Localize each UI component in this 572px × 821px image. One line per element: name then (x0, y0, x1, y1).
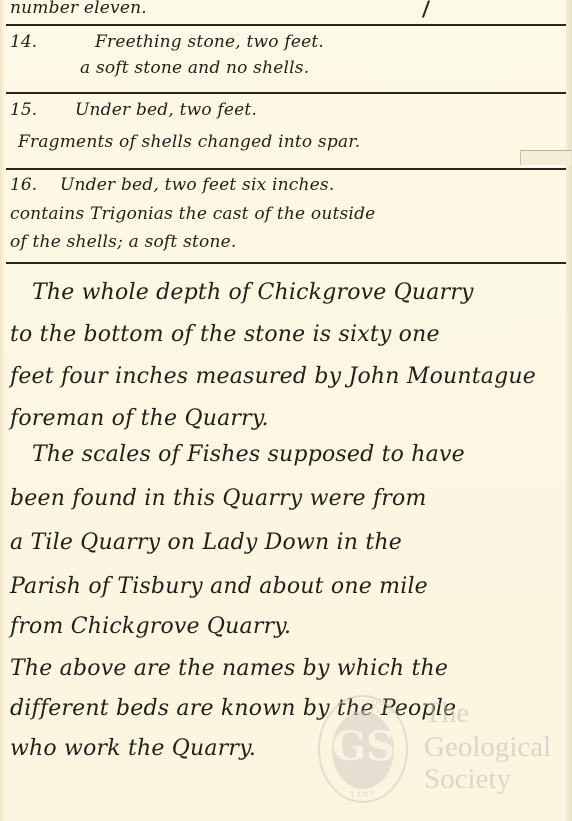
entry-line: of the shells; a soft stone. (10, 232, 236, 252)
paragraph-line: The above are the names by which the (10, 656, 448, 681)
paragraph-line: who work the Quarry. (10, 736, 256, 761)
entry-number: 14. (10, 32, 37, 52)
watermark-line: The (424, 699, 469, 728)
watermark-line: Society (424, 765, 511, 794)
header-fragment: number eleven. (10, 0, 147, 18)
seal-monogram: GS (332, 723, 394, 770)
entry-line: Fragments of shells changed into spar. (18, 132, 360, 152)
entry-line: Under bed, two feet six inches. (60, 175, 334, 195)
paragraph-line: The scales of Fishes supposed to have (32, 442, 465, 467)
entry-number: 16. (10, 175, 37, 195)
entry-line: a soft stone and no shells. (80, 58, 309, 78)
entry-line: Under bed, two feet. (75, 100, 257, 120)
paragraph-line: been found in this Quarry were from (10, 486, 427, 511)
paragraph-line: from Chickgrove Quarry. (10, 614, 291, 639)
table-rule (6, 262, 566, 264)
paragraph-line: foreman of the Quarry. (10, 406, 269, 431)
paragraph-line: feet four inches measured by John Mounta… (10, 364, 536, 389)
paper-fold (520, 150, 571, 165)
seal-year: 1807 (350, 791, 376, 799)
table-rule (6, 168, 566, 170)
society-seal-icon: QUICQUID SUB TERRA EST GS 1807 (318, 695, 408, 803)
table-rule (6, 92, 566, 94)
entry-line: contains Trigonias the cast of the outsi… (10, 204, 375, 224)
paragraph-line: to the bottom of the stone is sixty one (10, 322, 440, 347)
entry-number: 15. (10, 100, 37, 120)
table-rule (6, 24, 566, 26)
ink-stroke (422, 0, 430, 18)
page-edge-left (0, 0, 4, 821)
watermark-line: Geological (424, 733, 551, 762)
manuscript-page: number eleven. 14. Freething stone, two … (0, 0, 572, 821)
paragraph-line: a Tile Quarry on Lady Down in the (10, 530, 402, 555)
paragraph-line: Parish of Tisbury and about one mile (10, 574, 428, 599)
geological-society-watermark: QUICQUID SUB TERRA EST GS 1807 The Geolo… (318, 695, 568, 805)
paragraph-line: The whole depth of Chickgrove Quarry (32, 280, 474, 305)
entry-line: Freething stone, two feet. (95, 32, 324, 52)
